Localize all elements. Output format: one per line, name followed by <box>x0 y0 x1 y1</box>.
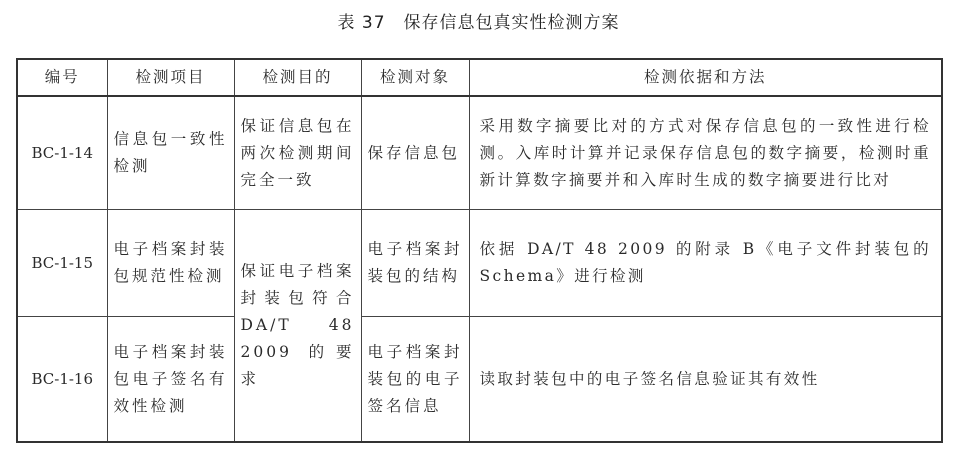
table-row: BC-1-14 信息包一致性检测 保证信息包在两次检测期间完全一致 保存信息包 … <box>17 96 942 210</box>
cell-method: 采用数字摘要比对的方式对保存信息包的一致性进行检测。入库时计算并记录保存信息包的… <box>469 96 942 210</box>
header-purpose: 检测目的 <box>234 59 361 96</box>
cell-method: 依据 DA/T 48 2009 的附录 B《电子文件封装包的Schema》进行检… <box>469 210 942 317</box>
cell-item: 信息包一致性检测 <box>107 96 234 210</box>
header-object: 检测对象 <box>361 59 469 96</box>
table-number: 表 37 <box>337 13 385 33</box>
cell-item: 电子档案封装包电子签名有效性检测 <box>107 317 234 443</box>
cell-object: 电子档案封装包的电子签名信息 <box>361 317 469 443</box>
cell-method: 读取封装包中的电子签名信息验证其有效性 <box>469 317 942 443</box>
table-row: BC-1-15 电子档案封装包规范性检测 保证电子档案封装包符合DA/T 48 … <box>17 210 942 317</box>
cell-id: BC-1-15 <box>17 210 107 317</box>
table-caption: 表 37保存信息包真实性检测方案 <box>0 8 957 33</box>
header-method: 检测依据和方法 <box>469 59 942 96</box>
cell-object: 保存信息包 <box>361 96 469 210</box>
cell-item: 电子档案封装包规范性检测 <box>107 210 234 317</box>
table-title: 保存信息包真实性检测方案 <box>404 13 620 33</box>
table-row: BC-1-16 电子档案封装包电子签名有效性检测 电子档案封装包的电子签名信息 … <box>17 317 942 443</box>
cell-id: BC-1-16 <box>17 317 107 443</box>
header-row: 编号 检测项目 检测目的 检测对象 检测依据和方法 <box>17 59 942 96</box>
cell-object: 电子档案封装包的结构 <box>361 210 469 317</box>
cell-purpose-merged: 保证电子档案封装包符合DA/T 48 2009 的要求 <box>234 210 361 443</box>
header-item: 检测项目 <box>107 59 234 96</box>
cell-id: BC-1-14 <box>17 96 107 210</box>
header-id: 编号 <box>17 59 107 96</box>
cell-purpose: 保证信息包在两次检测期间完全一致 <box>234 96 361 210</box>
authenticity-check-table: 编号 检测项目 检测目的 检测对象 检测依据和方法 BC-1-14 信息包一致性… <box>16 58 943 443</box>
